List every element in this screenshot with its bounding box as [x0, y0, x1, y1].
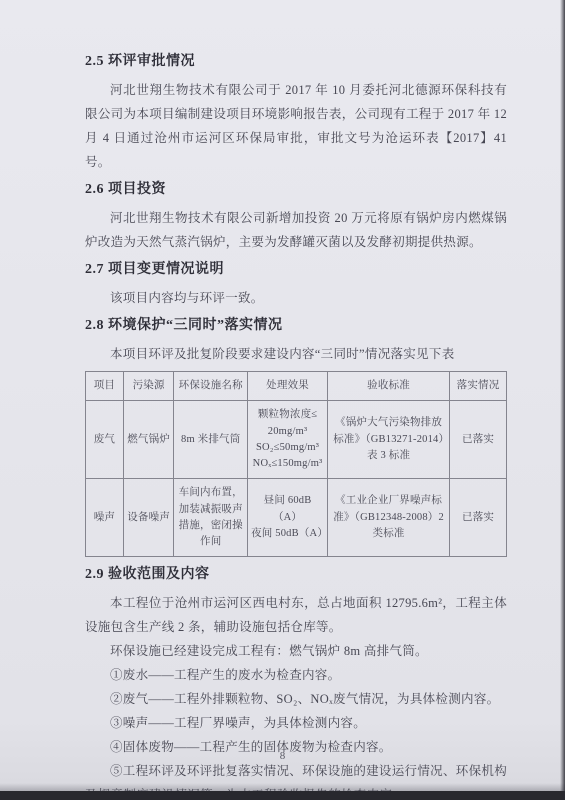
- table-intro-paragraph: 本项目环评及批复阶段要求建设内容“三同时”情况落实见下表: [85, 342, 507, 366]
- section-2-9-heading: 2.9 验收范围及内容: [85, 565, 507, 585]
- document-content: 2.5 环评审批情况 河北世翔生物技术有限公司于 2017 年 10 月委托河北…: [85, 52, 507, 800]
- scan-bottom-edge: [0, 791, 565, 800]
- table-cell: 燃气锅炉: [123, 401, 174, 479]
- scan-right-edge: [560, 0, 565, 800]
- table-cell: 《工业企业厂界噪声标准》（GB12348-2008）2 类标准: [328, 479, 450, 557]
- table-cell: 已落实: [450, 401, 507, 479]
- table-cell: 8m 米排气筒: [174, 401, 248, 479]
- table-cell: 废气: [86, 401, 124, 479]
- table-cell: 车间内布置，加装减振吸声措施，密闭操作间: [174, 479, 248, 557]
- section-2-5-heading: 2.5 环评审批情况: [85, 52, 507, 72]
- section-2-6-paragraph: 河北世翔生物技术有限公司新增加投资 20 万元将原有锅炉房内燃煤锅炉改造为天然气…: [85, 206, 507, 254]
- scope-item-noise: ③噪声——工程厂界噪声，为具体检测内容。: [85, 711, 507, 735]
- col-header-item: 项目: [86, 372, 124, 401]
- table-cell: 噪声: [86, 479, 124, 557]
- col-header-acceptance-standard: 验收标准: [328, 372, 450, 401]
- col-header-facility-name: 环保设施名称: [174, 372, 248, 401]
- section-2-9-paragraph-2: 环保设施已经建设完成工程有：燃气锅炉 8m 高排气筒。: [85, 639, 507, 663]
- section-2-5-paragraph: 河北世翔生物技术有限公司于 2017 年 10 月委托河北德源环保科技有限公司为…: [85, 78, 507, 174]
- scan-bottom-shadow: [0, 783, 565, 791]
- col-header-treatment-effect: 处理效果: [248, 372, 328, 401]
- table-header-row: 项目 污染源 环保设施名称 处理效果 验收标准 落实情况: [86, 372, 507, 401]
- table-cell: 已落实: [450, 479, 507, 557]
- col-header-pollution-source: 污染源: [123, 372, 174, 401]
- page-number: 8: [0, 750, 565, 762]
- section-2-8-heading: 2.8 环境保护“三同时”落实情况: [85, 316, 507, 336]
- table-cell: 设备噪声: [123, 479, 174, 557]
- table-row-waste-gas: 废气 燃气锅炉 8m 米排气筒 颗粒物浓度≤ 20mg/m³ SO₂≤50mg/…: [86, 401, 507, 479]
- section-2-6-heading: 2.6 项目投资: [85, 180, 507, 200]
- table-row-noise: 噪声 设备噪声 车间内布置，加装减振吸声措施，密闭操作间 昼间 60dB（A） …: [86, 479, 507, 557]
- table-cell: 颗粒物浓度≤ 20mg/m³ SO₂≤50mg/m³ NOₓ≤150mg/m³: [248, 401, 328, 479]
- three-simultaneous-compliance-table: 项目 污染源 环保设施名称 处理效果 验收标准 落实情况 废气 燃气锅炉 8m …: [85, 371, 507, 557]
- table-cell: 昼间 60dB（A） 夜间 50dB（A）: [248, 479, 328, 557]
- scope-item-wastewater: ①废水——工程产生的废水为检查内容。: [85, 663, 507, 687]
- scope-item-waste-gas: ②废气——工程外排颗粒物、SO₂、NOₓ废气情况，为具体检测内容。: [85, 687, 507, 711]
- section-2-9-paragraph-1: 本工程位于沧州市运河区西电村东，总占地面积 12795.6m²，工程主体设施包含…: [85, 591, 507, 639]
- table-cell: 《锅炉大气污染物排放标准》（GB13271-2014）表 3 标准: [328, 401, 450, 479]
- section-2-7-heading: 2.7 项目变更情况说明: [85, 260, 507, 280]
- section-2-7-paragraph: 该项目内容均与环评一致。: [85, 286, 507, 310]
- scanned-document-page: 2.5 环评审批情况 河北世翔生物技术有限公司于 2017 年 10 月委托河北…: [0, 0, 565, 800]
- col-header-implementation-status: 落实情况: [450, 372, 507, 401]
